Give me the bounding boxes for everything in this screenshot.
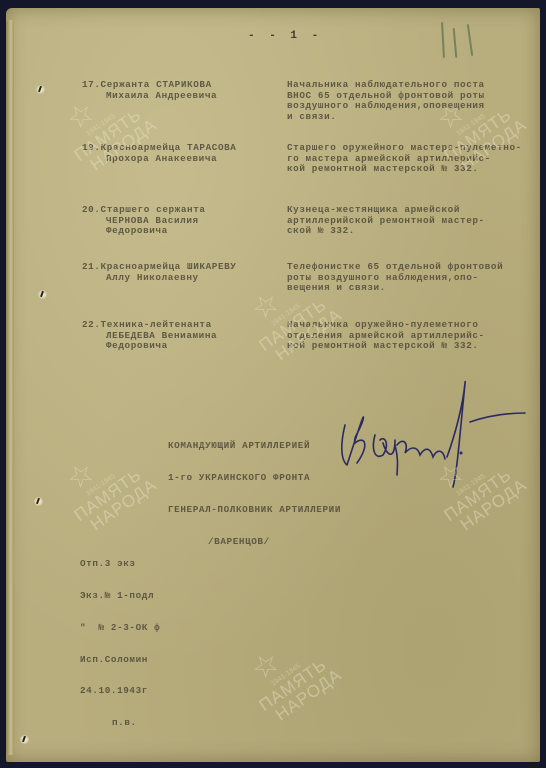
binding-edge bbox=[6, 20, 14, 755]
dispatch-notes: Отп.3 экз Экз.№ 1-подл " № 2-3-ОК ф Исп.… bbox=[80, 538, 160, 739]
footer-line: " № 2-3-ОК ф bbox=[80, 623, 160, 634]
punch-hole bbox=[36, 85, 45, 94]
recipient-name: 20.Старшего сержантаЧЕРНОВА ВасилияФедор… bbox=[82, 205, 206, 237]
footer-line: 24.10.1943г bbox=[80, 686, 160, 697]
recipient-position: Начальника оружейно-пулеметногоотделения… bbox=[287, 320, 485, 352]
page-number: - - 1 - bbox=[248, 30, 322, 42]
name-line: Федоровича bbox=[82, 341, 217, 352]
recipient-name: 21.Красноармейца ШИКАРЕВУАллу Николаевну bbox=[82, 262, 236, 283]
recipient-position: Кузнеца-жестянщика армейскойартиллерийск… bbox=[287, 205, 485, 237]
position-line: и связи. bbox=[287, 112, 485, 123]
name-line: 21.Красноармейца ШИКАРЕВУ bbox=[82, 262, 236, 273]
recipient-position: Старшего оружейного мастера-пулеметно-го… bbox=[287, 143, 522, 175]
name-line: 22.Техника-лейтенанта bbox=[82, 320, 217, 331]
position-line: ской № 332. bbox=[287, 226, 485, 237]
signature-block: КОМАНДУЮЩИЙ АРТИЛЛЕРИЕЙ 1-го УКРАИНСКОГО… bbox=[168, 420, 341, 558]
handwritten-signature bbox=[335, 365, 535, 490]
footer-line: Отп.3 экз bbox=[80, 559, 160, 570]
punch-hole bbox=[34, 497, 43, 506]
name-line: 17.Сержанта СТАРИКОВА bbox=[82, 80, 217, 91]
recipient-name: 19.Красноармейца ТАРАСОВАПрохора Анакеев… bbox=[82, 143, 236, 164]
footer-line: Экз.№ 1-подл bbox=[80, 591, 160, 602]
signature-line: КОМАНДУЮЩИЙ АРТИЛЛЕРИЕЙ bbox=[168, 441, 341, 452]
name-line: Аллу Николаевну bbox=[82, 273, 236, 284]
position-line: кой ремонтной мастерской № 332. bbox=[287, 164, 522, 175]
position-line: кой ремонтной мастерской № 332. bbox=[287, 341, 485, 352]
position-line: Старшего оружейного мастера-пулеметно- bbox=[287, 143, 522, 154]
punch-hole bbox=[38, 290, 47, 299]
position-line: вещения и связи. bbox=[287, 283, 503, 294]
name-line: Михаила Андреевича bbox=[82, 91, 217, 102]
position-line: Начальника оружейно-пулеметного bbox=[287, 320, 485, 331]
punch-hole bbox=[20, 735, 29, 744]
name-line: Федоровича bbox=[82, 226, 206, 237]
name-line: 20.Старшего сержанта bbox=[82, 205, 206, 216]
footer-line: Исп.Соломин bbox=[80, 655, 160, 666]
recipient-name: 22.Техника-лейтенантаЛЕБЕДЕВА ВениаминаФ… bbox=[82, 320, 217, 352]
position-line: Начальника наблюдательного поста bbox=[287, 80, 485, 91]
signature-line: ГЕНЕРАЛ-ПОЛКОВНИК АРТИЛЛЕРИИ bbox=[168, 505, 341, 516]
signature-line: 1-го УКРАИНСКОГО ФРОНТА bbox=[168, 473, 341, 484]
recipient-position: Телефонистке 65 отдельной фронтовойроты … bbox=[287, 262, 503, 294]
footer-line: п.в. bbox=[80, 718, 160, 729]
signature-line: /ВАРЕНЦОВ/ bbox=[168, 537, 341, 548]
name-line: 19.Красноармейца ТАРАСОВА bbox=[82, 143, 236, 154]
position-line: Кузнеца-жестянщика армейской bbox=[287, 205, 485, 216]
name-line: Прохора Анакеевича bbox=[82, 154, 236, 165]
position-line: Телефонистке 65 отдельной фронтовой bbox=[287, 262, 503, 273]
recipient-position: Начальника наблюдательного постаВНОС 65 … bbox=[287, 80, 485, 122]
recipient-name: 17.Сержанта СТАРИКОВАМихаила Андреевича bbox=[82, 80, 217, 101]
